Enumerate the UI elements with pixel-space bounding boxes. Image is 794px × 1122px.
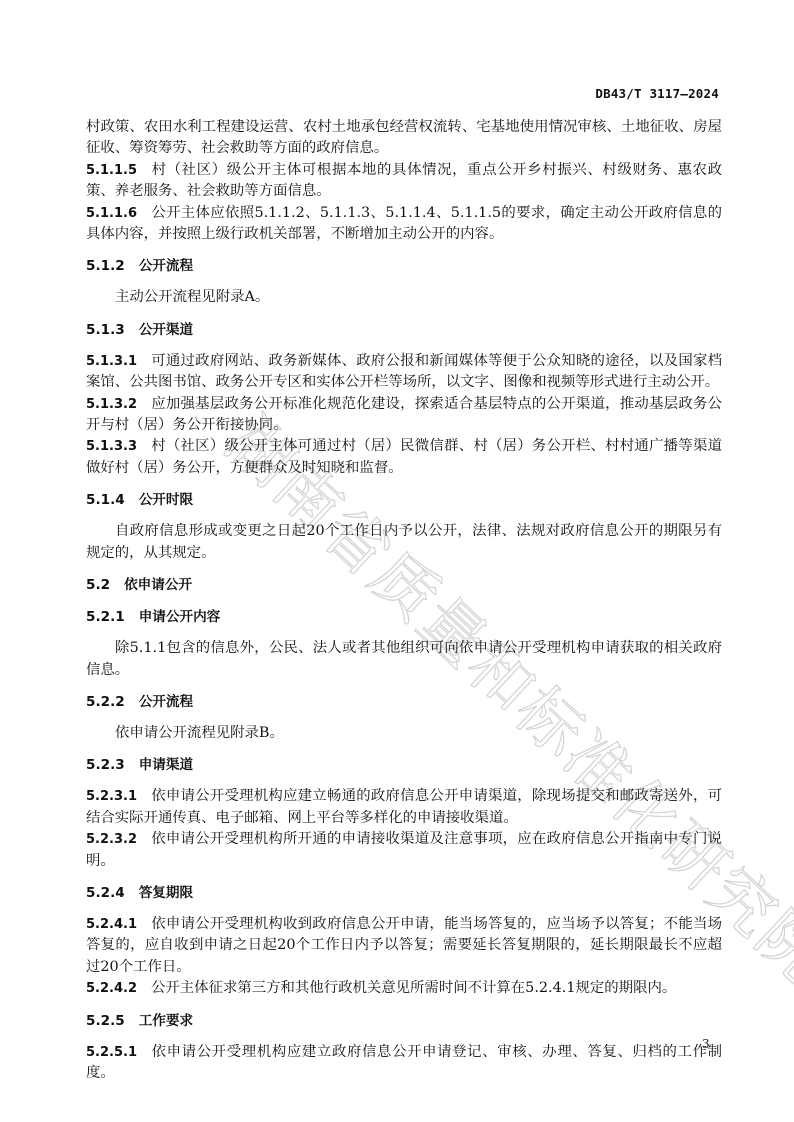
- clause-number: 5.1.1.5: [86, 163, 137, 178]
- clause-number: 5.1.3.1: [86, 354, 137, 369]
- clause-number: 5.2.3.2: [86, 832, 137, 847]
- clause-5-1-1-5: 5.1.1.5村（社区）级公开主体可根据本地的具体情况，重点公开乡村振兴、村级财…: [86, 160, 722, 203]
- heading-5-2-1: 5.2.1申请公开内容: [86, 607, 722, 628]
- page-number: 3: [702, 1037, 710, 1051]
- clause-number: 5.1.3.3: [86, 439, 137, 454]
- heading-5-1-2: 5.1.2公开流程: [86, 256, 722, 277]
- standard-code: DB43/T 3117—2024: [595, 86, 719, 101]
- clause-5-2-5-1: 5.2.5.1依申请公开受理机构应建立政府信息公开申请登记、审核、办理、答复、归…: [86, 1042, 722, 1085]
- clause-5-1-3-1: 5.1.3.1可通过政府网站、政务新媒体、政府公报和新闻媒体等便于公众知晓的途径…: [86, 351, 722, 394]
- paragraph: 主动公开流程见附录A。: [86, 287, 722, 308]
- paragraph: 村政策、农田水利工程建设运营、农村土地承包经营权流转、宅基地使用情况审核、土地征…: [86, 117, 722, 160]
- heading-5-2: 5.2依申请公开: [86, 575, 722, 596]
- heading-5-2-3: 5.2.3申请渠道: [86, 755, 722, 776]
- clause-5-2-3-2: 5.2.3.2依申请公开受理机构所开通的申请接收渠道及注意事项，应在政府信息公开…: [86, 829, 722, 872]
- clause-number: 5.2.4.2: [86, 981, 137, 996]
- clause-5-1-3-3: 5.1.3.3村（社区）级公开主体可通过村（居）民微信群、村（居）务公开栏、村村…: [86, 436, 722, 479]
- clause-number: 5.1.1.6: [86, 206, 137, 221]
- clause-5-2-4-2: 5.2.4.2公开主体征求第三方和其他行政机关意见所需时间不计算在5.2.4.1…: [86, 978, 722, 999]
- heading-5-1-4: 5.1.4公开时限: [86, 490, 722, 511]
- heading-5-2-2: 5.2.2公开流程: [86, 692, 722, 713]
- clause-number: 5.1.3.2: [86, 397, 137, 412]
- heading-5-2-5: 5.2.5工作要求: [86, 1011, 722, 1032]
- clause-number: 5.2.5.1: [86, 1045, 137, 1060]
- document-body: 村政策、农田水利工程建设运营、农村土地承包经营权流转、宅基地使用情况审核、土地征…: [86, 117, 722, 1084]
- heading-5-2-4: 5.2.4答复期限: [86, 883, 722, 904]
- paragraph: 除5.1.1包含的信息外，公民、法人或者其他组织可向依申请公开受理机构申请获取的…: [86, 638, 722, 681]
- clause-5-1-3-2: 5.1.3.2应加强基层政务公开标准化规范化建设，探索适合基层特点的公开渠道，推…: [86, 394, 722, 437]
- clause-number: 5.2.4.1: [86, 917, 137, 932]
- clause-5-2-4-1: 5.2.4.1依申请公开受理机构收到政府信息公开申请，能当场答复的，应当场予以答…: [86, 914, 722, 978]
- paragraph: 依申请公开流程见附录B。: [86, 723, 722, 744]
- heading-5-1-3: 5.1.3公开渠道: [86, 320, 722, 341]
- paragraph: 自政府信息形成或变更之日起20个工作日内予以公开，法律、法规对政府信息公开的期限…: [86, 521, 722, 564]
- clause-5-2-3-1: 5.2.3.1依申请公开受理机构应建立畅通的政府信息公开申请渠道，除现场提交和邮…: [86, 786, 722, 829]
- clause-5-1-1-6: 5.1.1.6公开主体应依照5.1.1.2、5.1.1.3、5.1.1.4、5.…: [86, 203, 722, 246]
- clause-number: 5.2.3.1: [86, 789, 137, 804]
